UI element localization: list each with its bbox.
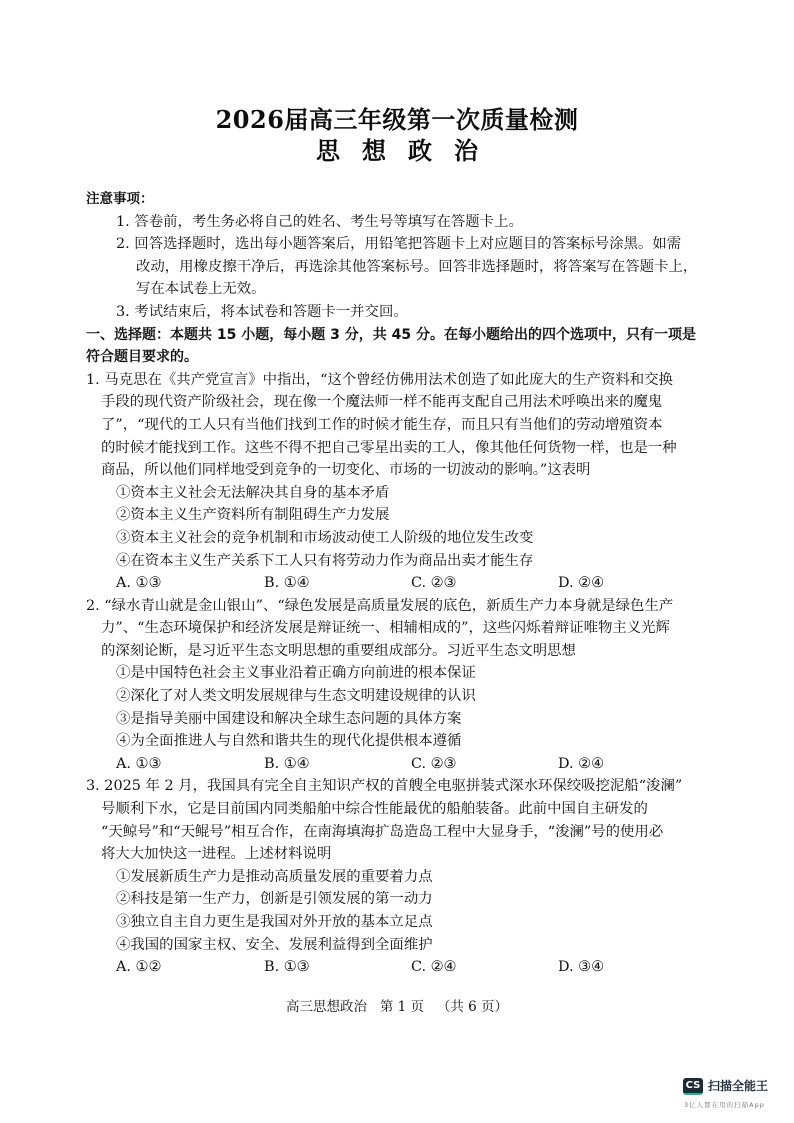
question-stem: 的深刻论断，是习近平生态文明思想的重要组成部分。习近平生态文明思想 xyxy=(86,640,702,663)
question-stem: 2. “绿水青山就是金山银山”、“绿色发展是高质量发展的底色，新质生产力本身就是… xyxy=(86,595,702,618)
question-3: 3. 2025 年 2 月，我国具有完全自主知识产权的首艘全电驱拼装式深水环保绞… xyxy=(86,775,702,978)
statement-3: ③是指导美丽中国建设和解决全球生态问题的具体方案 xyxy=(86,708,702,731)
section-heading: 一、选择题：本题共 15 小题，每小题 3 分，共 45 分。在每小题给出的四个… xyxy=(86,324,702,369)
scanner-watermark: CS 扫描全能王 3亿人都在用的扫描App xyxy=(683,1077,791,1119)
page-footer: 高三思想政治 第 1 页 （共 6 页） xyxy=(0,995,794,1015)
question-2: 2. “绿水青山就是金山银山”、“绿色发展是高质量发展的底色，新质生产力本身就是… xyxy=(86,595,702,776)
note-item-2-cont: 写在本试卷上无效。 xyxy=(86,278,702,301)
question-stem: 3. 2025 年 2 月，我国具有完全自主知识产权的首艘全电驱拼装式深水环保绞… xyxy=(86,775,702,798)
question-stem: 将大大加快这一进程。上述材料说明 xyxy=(86,843,702,866)
statement-4: ④为全面推进人与自然和谐共生的现代化提供根本遵循 xyxy=(86,730,702,753)
statement-1: ①是中国特色社会主义事业沿着正确方向前进的根本保证 xyxy=(86,662,702,685)
question-stem: 手段的现代资产阶级社会，现在像一个魔法师一样不能再支配自己用法术呼唤出来的魔鬼 xyxy=(86,391,702,414)
statement-3: ③资本主义社会的竞争机制和市场波动使工人阶级的地位发生改变 xyxy=(86,527,702,550)
choice-c: C. ②③ xyxy=(411,572,456,595)
question-stem: 的时候才能找到工作。这些不得不把自己零星出卖的工人，像其他任何货物一样，也是一种 xyxy=(86,437,702,460)
question-stem: 力”、“生态环境保护和经济发展是辩证统一、相辅相成的”，这些闪烁着辩证唯物主义光… xyxy=(86,617,702,640)
statement-2: ②科技是第一生产力，创新是引领发展的第一动力 xyxy=(86,888,702,911)
note-item-1: 1. 答卷前，考生务必将自己的姓名、考生号等填写在答题卡上。 xyxy=(86,211,702,234)
statement-4: ④在资本主义生产关系下工人只有将劳动力作为商品出卖才能生存 xyxy=(86,550,702,573)
answer-choices: A. ①③ B. ①④ C. ②③ D. ②④ xyxy=(86,572,702,595)
choice-a: A. ①② xyxy=(116,956,161,979)
note-item-2-cont: 改动，用橡皮擦干净后，再选涂其他答案标号。回答非选择题时，将答案写在答题卡上， xyxy=(86,256,702,279)
choice-c: C. ②③ xyxy=(411,753,456,776)
section-heading-line: 符合题目要求的。 xyxy=(86,346,702,369)
question-stem: “天鲸号”和“天鲲号”相互合作，在南海填海扩岛造岛工程中大显身手，“浚澜”号的使… xyxy=(86,821,702,844)
choice-d: D. ③④ xyxy=(558,956,604,979)
choice-b: B. ①④ xyxy=(264,572,310,595)
watermark-app-name: 扫描全能王 xyxy=(708,1078,768,1095)
notes-section: 注意事项： 1. 答卷前，考生务必将自己的姓名、考生号等填写在答题卡上。 2. … xyxy=(86,188,702,324)
question-stem: 号顺利下水，它是目前国内同类船舶中综合性能最优的船舶装备。此前中国自主研发的 xyxy=(86,798,702,821)
statement-4: ④我国的国家主权、安全、发展利益得到全面维护 xyxy=(86,934,702,957)
camscanner-logo-icon: CS xyxy=(683,1078,703,1095)
choice-d: D. ②④ xyxy=(558,753,604,776)
question-1: 1. 马克思在《共产党宣言》中指出，“这个曾经仿佛用法术创造了如此庞大的生产资料… xyxy=(86,369,702,595)
choice-c: C. ②④ xyxy=(411,956,456,979)
statement-3: ③独立自主自力更生是我国对外开放的基本立足点 xyxy=(86,911,702,934)
choice-a: A. ①③ xyxy=(116,572,161,595)
section-heading-line: 一、选择题：本题共 15 小题，每小题 3 分，共 45 分。在每小题给出的四个… xyxy=(86,324,702,347)
choice-d: D. ②④ xyxy=(558,572,604,595)
question-stem: 商品，所以他们同样地受到竞争的一切变化、市场的一切波动的影响。”这表明 xyxy=(86,459,702,482)
question-stem: 了”，“现代的工人只有当他们找到工作的时候才能生存，而且只有当他们的劳动增殖资本 xyxy=(86,414,702,437)
note-item-2: 2. 回答选择题时，选出每小题答案后，用铅笔把答题卡上对应题目的答案标号涂黑。如… xyxy=(86,233,702,256)
watermark-tagline: 3亿人都在用的扫描App xyxy=(684,1100,765,1109)
answer-choices: A. ①② B. ①③ C. ②④ D. ③④ xyxy=(86,956,702,979)
exam-title: 2026届高三年级第一次质量检测 xyxy=(0,100,794,135)
subject-title: 思想政治 xyxy=(0,131,794,166)
statement-2: ②资本主义生产资料所有制阻碍生产力发展 xyxy=(86,504,702,527)
exam-content: 注意事项： 1. 答卷前，考生务必将自己的姓名、考生号等填写在答题卡上。 2. … xyxy=(86,188,702,979)
statement-1: ①发展新质生产力是推动高质量发展的重要着力点 xyxy=(86,866,702,889)
statement-1: ①资本主义社会无法解决其自身的基本矛盾 xyxy=(86,482,702,505)
notes-heading: 注意事项： xyxy=(86,188,702,211)
choice-b: B. ①③ xyxy=(264,956,310,979)
note-item-3: 3. 考试结束后，将本试卷和答题卡一并交回。 xyxy=(86,301,702,324)
choice-a: A. ①③ xyxy=(116,753,161,776)
question-stem: 1. 马克思在《共产党宣言》中指出，“这个曾经仿佛用法术创造了如此庞大的生产资料… xyxy=(86,369,702,392)
choice-b: B. ①④ xyxy=(264,753,310,776)
exam-page: 2026届高三年级第一次质量检测 思想政治 注意事项： 1. 答卷前，考生务必将… xyxy=(0,0,794,1123)
statement-2: ②深化了对人类文明发展规律与生态文明建设规律的认识 xyxy=(86,685,702,708)
answer-choices: A. ①③ B. ①④ C. ②③ D. ②④ xyxy=(86,753,702,776)
